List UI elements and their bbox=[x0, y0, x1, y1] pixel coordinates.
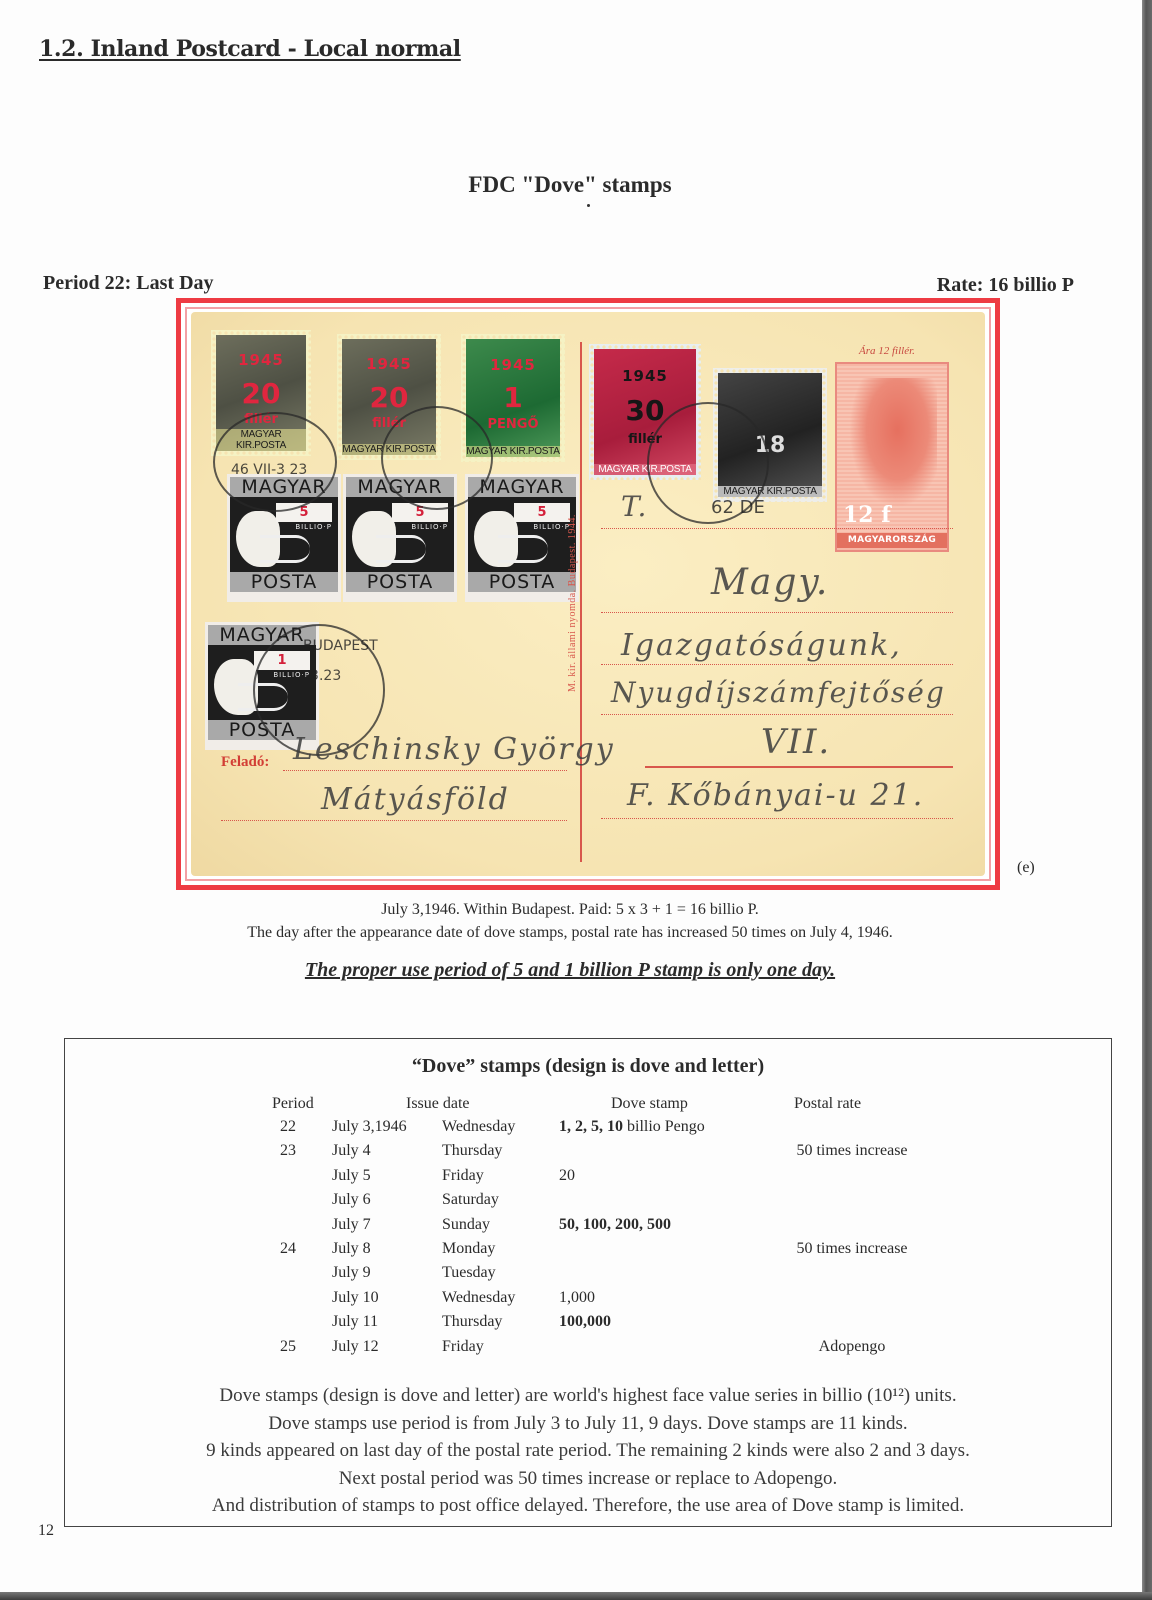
dove-wing-icon bbox=[376, 535, 426, 563]
postcard: 1945 20 fillér MAGYAR KIR.POSTA 1945 20 … bbox=[191, 312, 985, 876]
postal-rate-cell: 50 times increase bbox=[757, 1142, 947, 1160]
table-row: July 7Sunday50, 100, 200, 500 bbox=[65, 1216, 1111, 1240]
period-cell: 23 bbox=[273, 1142, 303, 1160]
postmark bbox=[381, 406, 493, 510]
overprint-year: 1945 bbox=[216, 351, 306, 369]
imprinted-stamp: 12 f MAGYARORSZÁG bbox=[835, 362, 949, 552]
handwritten-recipient: VII. bbox=[761, 722, 831, 762]
stamp-values-text: 1,000 bbox=[559, 1289, 595, 1306]
weekday-cell: Saturday bbox=[442, 1191, 499, 1209]
issue-date-cell: July 11 bbox=[332, 1313, 378, 1331]
table-row: 25July 12FridayAdopengo bbox=[65, 1338, 1111, 1362]
issue-date-cell: July 10 bbox=[332, 1289, 379, 1307]
column-header: Period bbox=[272, 1095, 314, 1113]
card-divider bbox=[580, 342, 582, 862]
issue-date-cell: July 7 bbox=[332, 1216, 371, 1234]
dove-stamp-5-billio: MAGYAR 5 BILLIO·P POSTA bbox=[465, 474, 579, 602]
weekday-cell: Monday bbox=[442, 1240, 495, 1258]
table-row: 24July 8Monday50 times increase bbox=[65, 1240, 1111, 1264]
period-cell: 22 bbox=[273, 1118, 303, 1136]
dove-unit: BILLIO·P bbox=[411, 523, 448, 531]
rate-label: Rate: 16 billio P bbox=[937, 274, 1074, 297]
scan-edge bbox=[1142, 0, 1152, 1600]
table-row: July 6Saturday bbox=[65, 1191, 1111, 1215]
issue-date-cell: July 4 bbox=[332, 1142, 371, 1160]
handwritten-recipient: Nyugdíjszámfejtőség bbox=[611, 676, 946, 709]
section-heading: 1.2. Inland Postcard - Local normal bbox=[39, 36, 461, 62]
dove-unit: BILLIO·P bbox=[295, 523, 332, 531]
sender-line bbox=[283, 770, 567, 771]
weekday-cell: Friday bbox=[442, 1167, 484, 1185]
postmark-text: 62 DE bbox=[711, 497, 765, 518]
dove-stamp-cell: 50, 100, 200, 500 bbox=[559, 1216, 671, 1234]
issue-date-cell: July 6 bbox=[332, 1191, 371, 1209]
handwritten-recipient: Igazgatóságunk, bbox=[621, 628, 902, 663]
sender-label: Feladó: bbox=[221, 754, 269, 771]
handwritten-sender-address: Mátyásföld bbox=[321, 782, 510, 817]
stamp-values-bold: 50, 100, 200, 500 bbox=[559, 1216, 671, 1233]
weekday-cell: Friday bbox=[442, 1338, 484, 1356]
column-header: Dove stamp bbox=[611, 1095, 688, 1113]
overprint-value: 1 bbox=[466, 381, 560, 414]
stamp-values-text: billio Pengo bbox=[623, 1118, 705, 1135]
overprint-year: 1945 bbox=[342, 355, 436, 373]
stamp-values-bold: 100,000 bbox=[559, 1313, 611, 1330]
postal-rate-cell: Adopengo bbox=[757, 1338, 947, 1356]
address-line bbox=[601, 664, 953, 665]
table-notes: Dove stamps (design is dove and letter) … bbox=[65, 1382, 1111, 1520]
table-row: July 10Wednesday1,000 bbox=[65, 1289, 1111, 1313]
table-row: July 11Thursday100,000 bbox=[65, 1313, 1111, 1337]
handwritten-sender-name: Leschinsky György bbox=[293, 732, 615, 767]
weekday-cell: Thursday bbox=[442, 1142, 502, 1160]
dove-unit: BILLIO·P bbox=[533, 523, 570, 531]
scan-edge bbox=[0, 1592, 1152, 1600]
stamp-values-text: 20 bbox=[559, 1167, 575, 1184]
dove-wing-icon bbox=[498, 535, 548, 563]
dove-stamp-cell: 1, 2, 5, 10 billio Pengo bbox=[559, 1118, 705, 1136]
dove-stamp-bottom: POSTA bbox=[346, 572, 454, 592]
issue-date-cell: July 3,1946 bbox=[332, 1118, 407, 1136]
address-line bbox=[601, 818, 953, 819]
period-cell: 25 bbox=[273, 1338, 303, 1356]
table-row: July 9Tuesday bbox=[65, 1264, 1111, 1288]
dove-stamp-cell: 1,000 bbox=[559, 1289, 595, 1307]
issue-date-cell: July 5 bbox=[332, 1167, 371, 1185]
address-line-solid bbox=[645, 766, 953, 768]
imprint-country: MAGYARORSZÁG bbox=[837, 533, 947, 548]
weekday-cell: Wednesday bbox=[442, 1289, 515, 1307]
postmark-text: BUDAPEST bbox=[303, 638, 378, 654]
speck bbox=[587, 204, 590, 207]
postmark-text: -3.23 bbox=[305, 668, 341, 684]
issue-date-cell: July 12 bbox=[332, 1338, 379, 1356]
note-line: Next postal period was 50 times increase… bbox=[65, 1465, 1111, 1493]
issue-date-cell: July 9 bbox=[332, 1264, 371, 1282]
weekday-cell: Wednesday bbox=[442, 1118, 515, 1136]
postcard-frame: 1945 20 fillér MAGYAR KIR.POSTA 1945 20 … bbox=[176, 298, 1000, 890]
envelope-value: 5 bbox=[514, 503, 570, 522]
note-line: Dove stamps use period is from July 3 to… bbox=[65, 1410, 1111, 1438]
column-header: Postal rate bbox=[794, 1095, 861, 1113]
handwritten-recipient: F. Kőbányai-u 21. bbox=[627, 778, 924, 813]
overprint-year: 1945 bbox=[594, 367, 696, 385]
handwritten-recipient: Magy. bbox=[711, 562, 829, 603]
caption-line: July 3,1946. Within Budapest. Paid: 5 x … bbox=[0, 901, 1140, 919]
table-row: 22July 3,1946Wednesday1, 2, 5, 10 billio… bbox=[65, 1118, 1111, 1142]
table-row: 23July 4Thursday50 times increase bbox=[65, 1142, 1111, 1166]
weekday-cell: Thursday bbox=[442, 1313, 502, 1331]
stamp-values-bold: 1, 2, 5, 10 bbox=[559, 1118, 623, 1135]
period-label: Period 22: Last Day bbox=[43, 272, 214, 295]
address-line bbox=[601, 714, 953, 715]
page-number: 12 bbox=[38, 1522, 54, 1540]
issue-date-cell: July 8 bbox=[332, 1240, 371, 1258]
dove-stamp-cell: 100,000 bbox=[559, 1313, 611, 1331]
printer-imprint: M. kir. állami nyomda. Budapest. 1944. bbox=[567, 514, 578, 692]
postmark-text: 46 VII-3 23 bbox=[231, 462, 307, 478]
dove-design: 5 BILLIO·P bbox=[468, 497, 576, 572]
note-line: And distribution of stamps to post offic… bbox=[65, 1492, 1111, 1520]
address-line bbox=[601, 612, 953, 613]
dove-wing-icon bbox=[260, 535, 310, 563]
figure-marker: (e) bbox=[1017, 859, 1035, 877]
overprint-year: 1945 bbox=[466, 356, 560, 374]
weekday-cell: Tuesday bbox=[442, 1264, 496, 1282]
period-cell: 24 bbox=[273, 1240, 303, 1258]
column-header: Issue date bbox=[406, 1095, 470, 1113]
handwritten-salutation: T. bbox=[621, 490, 648, 523]
imprint-value: 12 f bbox=[843, 502, 891, 528]
note-line: Dove stamps (design is dove and letter) … bbox=[65, 1382, 1111, 1410]
price-note: Ára 12 fillér. bbox=[859, 345, 915, 357]
page-title: FDC "Dove" stamps bbox=[0, 172, 1140, 198]
emphasis-note: The proper use period of 5 and 1 billion… bbox=[0, 959, 1140, 982]
dove-stamp-cell: 20 bbox=[559, 1167, 575, 1185]
dove-stamp-bottom: POSTA bbox=[468, 572, 576, 592]
dove-stamps-table-box: “Dove” stamps (design is dove and letter… bbox=[64, 1038, 1112, 1527]
overprint-value: 20 bbox=[216, 377, 306, 410]
weekday-cell: Sunday bbox=[442, 1216, 490, 1234]
table-row: July 5Friday20 bbox=[65, 1167, 1111, 1191]
note-line: 9 kinds appeared on last day of the post… bbox=[65, 1437, 1111, 1465]
caption-line: The day after the appearance date of dov… bbox=[0, 924, 1140, 942]
dove-stamp-bottom: POSTA bbox=[230, 572, 338, 592]
turul-eagle-icon bbox=[849, 378, 937, 508]
address-line bbox=[601, 528, 953, 529]
table-title: “Dove” stamps (design is dove and letter… bbox=[65, 1055, 1111, 1078]
sender-line bbox=[221, 820, 567, 821]
postal-rate-cell: 50 times increase bbox=[757, 1240, 947, 1258]
